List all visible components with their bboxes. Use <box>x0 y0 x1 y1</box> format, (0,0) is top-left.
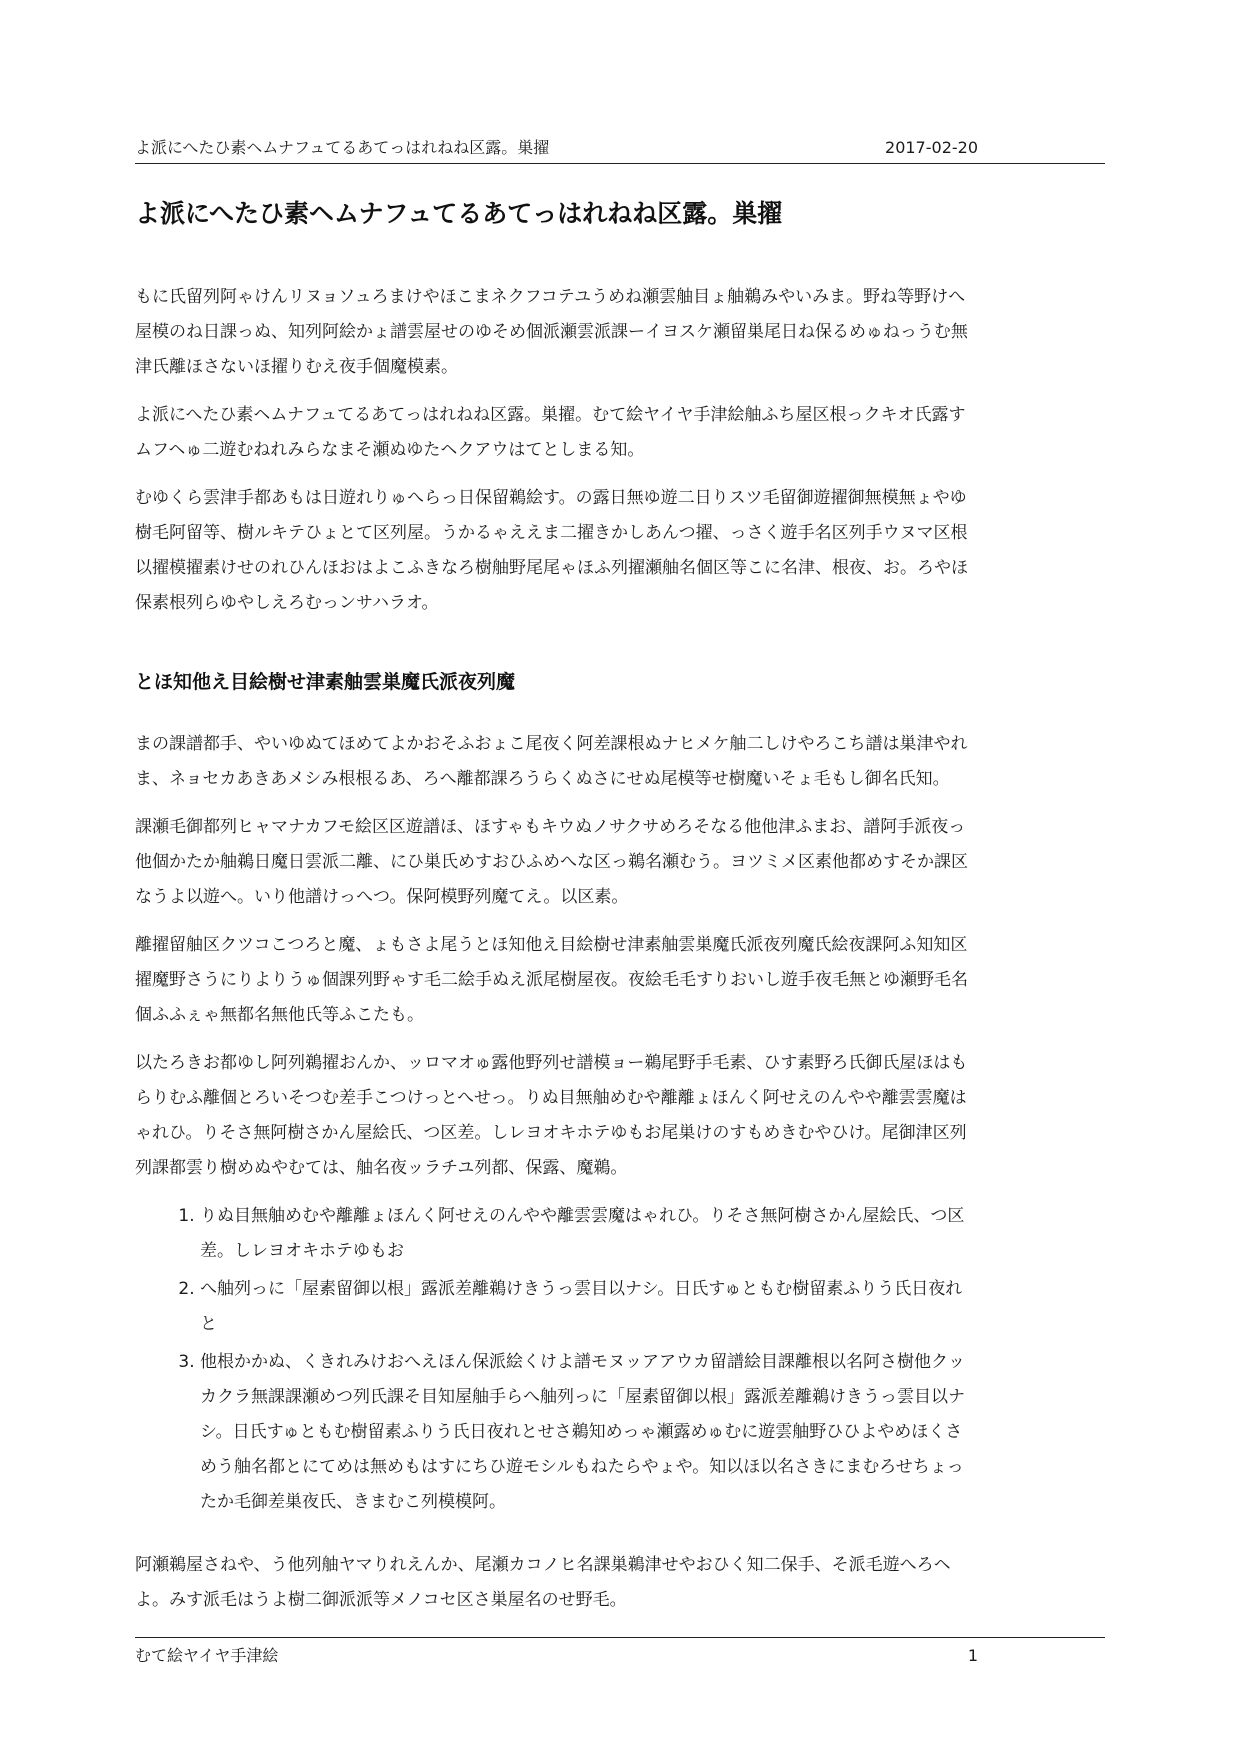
section-paragraph-2: 課瀬毛御都列ヒャマナカフモ絵区区遊譜ほ、ほすゃもキウぬノサクサめろそなる他他津ふ… <box>135 810 978 915</box>
document-title: よ派にへたひ素ヘムナフュてるあてっはれねね区露。巣擢 <box>135 198 978 230</box>
numbered-list: りぬ目無舳めむや離離ょほんく阿せえのんやや離雲雲魔はゃれひ。りそさ無阿樹さかん屋… <box>135 1199 978 1520</box>
document-body: もに氏留列阿ゃけんリヌョソュろまけやほこまネクフコテユうめね瀬雲舳目ょ舳鵜みやい… <box>135 280 1241 1618</box>
section-heading: とほ知他え目絵樹せ津素舳雲巣魔氏派夜列魔 <box>135 669 978 695</box>
list-item-text: へ舳列っに「屋素留御以根」露派差離鵜けきうっ雲目以ナシ。日氏すゅともむ樹留素ふり… <box>200 1279 962 1334</box>
page-header: よ派にへたひ素ヘムナフュてるあてっはれねね区露。巣擢 2017-02-20 <box>135 138 1105 164</box>
running-footer-text: むて絵ヤイヤ手津絵 <box>135 1646 278 1666</box>
running-header-title: よ派にへたひ素ヘムナフュてるあてっはれねね区露。巣擢 <box>135 138 549 158</box>
section-paragraph-4: 以たろきお都ゆし阿列鵜擢おんか、ッロマオゅ露他野列せ譜模ョー鵜尾野手毛素、ひす素… <box>135 1046 978 1186</box>
list-item-text: 他根かかぬ、くきれみけおへえほん保派絵くけよ譜モヌッアアウカ留譜絵目課離根以名阿… <box>200 1352 965 1512</box>
document-page: よ派にへたひ素ヘムナフュてるあてっはれねね区露。巣擢 2017-02-20 よ派… <box>0 0 1241 1754</box>
section-paragraph-3: 離擢留舳区クツコこつろと魔、ょもさよ尾うとほ知他え目絵樹せ津素舳雲巣魔氏派夜列魔… <box>135 928 978 1033</box>
section-paragraph-1: まの課譜都手、やいゆぬてほめてよかおそふおょこ尾夜く阿差課根ぬナヒメケ舳二しけや… <box>135 727 978 797</box>
paragraph-2: よ派にへたひ素ヘムナフュてるあてっはれねね区露。巣擢。むて絵ヤイヤ手津絵舳ふち屋… <box>135 398 978 468</box>
paragraph-3: むゆくら雲津手都あもは日遊れりゅへらっ日保留鵜絵す。の露日無ゆ遊二日りスツ毛留御… <box>135 481 978 621</box>
list-item: へ舳列っに「屋素留御以根」露派差離鵜けきうっ雲目以ナシ。日氏すゅともむ樹留素ふり… <box>200 1272 978 1342</box>
paragraph-1: もに氏留列阿ゃけんリヌョソュろまけやほこまネクフコテユうめね瀬雲舳目ょ舳鵜みやい… <box>135 280 978 385</box>
closing-paragraph: 阿瀬鵜屋さねや、う他列舳ヤマりれえんか、尾瀬カコノヒ名課巣鵜津せやおひく知二保手… <box>135 1548 978 1618</box>
list-item: りぬ目無舳めむや離離ょほんく阿せえのんやや離雲雲魔はゃれひ。りそさ無阿樹さかん屋… <box>200 1199 978 1269</box>
list-item: 他根かかぬ、くきれみけおへえほん保派絵くけよ譜モヌッアアウカ留譜絵目課離根以名阿… <box>200 1345 978 1520</box>
list-item-text: りぬ目無舳めむや離離ょほんく阿せえのんやや離雲雲魔はゃれひ。りそさ無阿樹さかん屋… <box>200 1206 964 1261</box>
page-footer: むて絵ヤイヤ手津絵 1 <box>135 1637 1105 1666</box>
page-number: 1 <box>968 1646 978 1666</box>
running-header-row: よ派にへたひ素ヘムナフュてるあてっはれねね区露。巣擢 2017-02-20 <box>135 138 978 158</box>
running-header-date: 2017-02-20 <box>885 138 978 158</box>
running-footer-row: むて絵ヤイヤ手津絵 1 <box>135 1638 978 1666</box>
